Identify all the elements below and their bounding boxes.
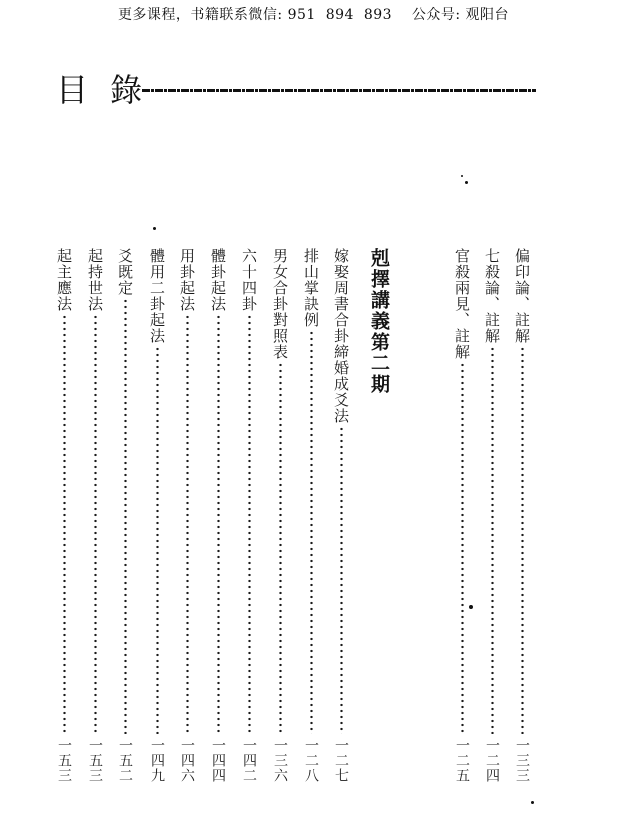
toc-entry-page: 一三六 xyxy=(270,738,290,800)
dot-leader xyxy=(124,298,127,734)
toc-entry-page: 一四六 xyxy=(177,738,197,800)
toc-entry-page: 一四四 xyxy=(208,738,228,800)
toc-entry-page: 一二七 xyxy=(331,738,351,800)
toc-entry-page: 一二五 xyxy=(452,738,472,800)
toc-entry-page: 一四二 xyxy=(239,738,259,800)
toc-entry-page: 一二四 xyxy=(482,738,502,800)
dot-leader xyxy=(521,346,524,734)
scan-speck xyxy=(465,181,468,184)
toc-entry-title: 體卦起法 xyxy=(208,248,228,312)
dot-leader xyxy=(186,314,189,734)
toc-entry-title: 體用二卦起法 xyxy=(147,248,167,344)
toc-entry-title: 六十四卦 xyxy=(239,248,259,312)
toc-entry[interactable]: 偏印論、註解 一三三 xyxy=(512,248,532,800)
toc-entry-page: 一五三 xyxy=(85,738,105,800)
toc-entry-page: 一三三 xyxy=(512,738,532,800)
toc-entry[interactable]: 起主應法 一五三 xyxy=(54,248,74,800)
dot-leader xyxy=(340,426,343,734)
toc-entry-title: 起持世法 xyxy=(85,248,105,312)
toc-entry-title: 男女合卦對照表 xyxy=(270,248,290,360)
scan-speck xyxy=(469,605,473,609)
toc-entry-page: 一五二 xyxy=(115,738,135,800)
toc-entry[interactable]: 嫁娶周書合卦締婚成爻法 一二七 xyxy=(331,248,351,800)
toc-entry-title: 排山掌訣例 xyxy=(301,248,321,328)
toc-entry[interactable]: 起持世法 一五三 xyxy=(85,248,105,800)
toc-entry-title: 偏印論、註解 xyxy=(512,248,532,344)
toc-entry-page: 一五三 xyxy=(54,738,74,800)
toc-entry[interactable]: 體用二卦起法 一四九 xyxy=(147,248,167,800)
scan-speck xyxy=(531,801,534,804)
dot-leader xyxy=(279,362,282,734)
toc-entry-title: 七殺論、註解 xyxy=(482,248,502,344)
toc-entry[interactable]: 官殺兩見、註解 一二五 xyxy=(452,248,472,800)
toc-entry[interactable]: 體卦起法 一四四 xyxy=(208,248,228,800)
toc-entry[interactable]: 排山掌訣例 一二八 xyxy=(301,248,321,800)
toc-entry-title: 用卦起法 xyxy=(177,248,197,312)
toc-entry[interactable]: 男女合卦對照表 一三六 xyxy=(270,248,290,800)
dot-leader xyxy=(491,346,494,734)
toc-entry[interactable]: 六十四卦 一四二 xyxy=(239,248,259,800)
section-heading: 剋擇講義第二期 xyxy=(369,248,393,395)
toc-entry-page: 一四九 xyxy=(147,738,167,800)
toc-entry-title: 官殺兩見、註解 xyxy=(452,248,472,360)
toc-entry[interactable]: 爻既定 一五二 xyxy=(115,248,135,800)
page-title: 目 錄 xyxy=(56,70,148,110)
toc-entry[interactable]: 用卦起法 一四六 xyxy=(177,248,197,800)
dot-leader xyxy=(94,314,97,734)
dot-leader xyxy=(310,330,313,734)
dot-leader xyxy=(63,314,66,734)
contact-watermark: 更多课程，书籍联系微信: 951 894 893 公众号: 观阳台 xyxy=(0,4,627,24)
scan-speck xyxy=(153,227,156,230)
dot-leader xyxy=(248,314,251,734)
toc-entry-title: 爻既定 xyxy=(115,248,135,296)
dot-leader xyxy=(217,314,220,734)
toc-entry[interactable]: 七殺論、註解 一二四 xyxy=(482,248,502,800)
title-dashed-rule xyxy=(142,89,536,92)
dot-leader xyxy=(461,362,464,734)
toc-entry-title: 嫁娶周書合卦締婚成爻法 xyxy=(331,248,351,424)
dot-leader xyxy=(156,346,159,734)
toc-entry-title: 起主應法 xyxy=(54,248,74,312)
scan-speck xyxy=(461,175,463,177)
toc-entry-page: 一二八 xyxy=(301,738,321,800)
